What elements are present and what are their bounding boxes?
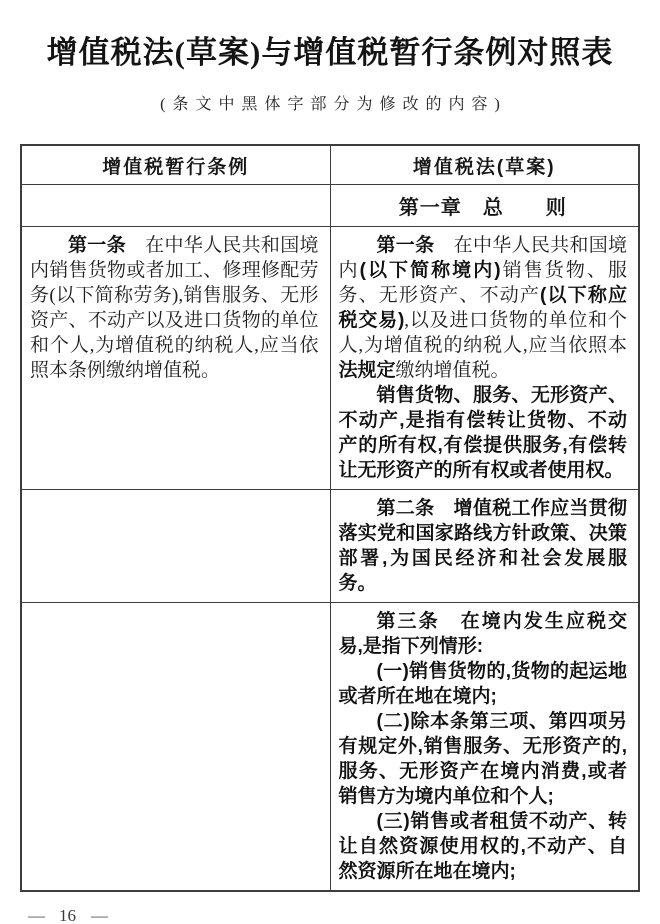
paragraph: 第一条 在中华人民共和国境内销售货物或者加工、修理修配劳务(以下简称劳务),销售…: [30, 233, 319, 383]
paragraph: (一)销售货物的,货物的起运地或者所在地在境内;: [339, 659, 628, 709]
page-number-dash-left: —: [28, 906, 44, 924]
draft-article-3-cell: 第三条 在境内发生应税交易,是指下列情形:(一)销售货物的,货物的起运地或者所在…: [330, 603, 639, 892]
paragraph: (三)销售或者租赁不动产、转让自然资源使用权的,不动产、自然资源所在地在境内;: [339, 809, 628, 884]
paragraph: 销售货物、服务、无形资产、不动产,是指有偿转让货物、不动产的所有权,有偿提供服务…: [339, 383, 628, 483]
modified-text-segment: (一)销售货物的,货物的起运地或者所在地在境内;: [339, 661, 628, 707]
page-number: — 16 —: [28, 906, 660, 924]
article-2-row: 第二条 增值税工作应当贯彻落实党和国家路线方针政策、决策部署,为国民经济和社会发…: [21, 490, 639, 603]
modified-text-segment: (二)除本条第三项、第四项另有规定外,销售服务、无形资产的,服务、无形资产在境内…: [339, 711, 628, 807]
regulation-article-1-cell: 第一条 在中华人民共和国境内销售货物或者加工、修理修配劳务(以下简称劳务),销售…: [21, 227, 330, 490]
paragraph: 第三条 在境内发生应税交易,是指下列情形:: [339, 609, 628, 659]
column-header-draft: 增值税法(草案): [330, 145, 639, 185]
page-title: 增值税法(草案)与增值税暂行条例对照表: [0, 0, 660, 73]
modified-text-segment: 第一条: [68, 235, 126, 256]
draft-article-1-cell: 第一条 在中华人民共和国境内(以下简称境内)销售货物、服务、无形资产、不动产(以…: [330, 227, 639, 490]
modified-text-segment: (三)销售或者租赁不动产、转让自然资源使用权的,不动产、自然资源所在地在境内;: [339, 811, 628, 882]
page-number-value: 16: [59, 906, 76, 924]
chapter-heading: 第一章 总 则: [330, 185, 639, 227]
table-header-row: 增值税暂行条例 增值税法(草案): [21, 145, 639, 185]
empty-cell: [21, 185, 330, 227]
chapter-row: 第一章 总 则: [21, 185, 639, 227]
paragraph: 第一条 在中华人民共和国境内(以下简称境内)销售货物、服务、无形资产、不动产(以…: [339, 233, 628, 383]
page-subtitle: (条文中黑体字部分为修改的内容): [0, 91, 660, 114]
modified-text-segment: 法规定: [339, 360, 396, 381]
page-number-dash-right: —: [91, 906, 107, 924]
article-3-row: 第三条 在境内发生应税交易,是指下列情形:(一)销售货物的,货物的起运地或者所在…: [21, 603, 639, 892]
paragraph: 第二条 增值税工作应当贯彻落实党和国家路线方针政策、决策部署,为国民经济和社会发…: [339, 496, 628, 596]
modified-text-segment: (以下简称境内): [360, 260, 501, 281]
text-segment: 缴纳增值税。: [396, 360, 510, 381]
comparison-table: 增值税暂行条例 增值税法(草案) 第一章 总 则 第一条 在中华人民共和国境内销…: [20, 144, 640, 893]
empty-cell: [21, 603, 330, 892]
paragraph: (二)除本条第三项、第四项另有规定外,销售服务、无形资产的,服务、无形资产在境内…: [339, 709, 628, 809]
document-page: 增值税法(草案)与增值税暂行条例对照表 (条文中黑体字部分为修改的内容) 增值税…: [0, 0, 660, 924]
draft-article-2-cell: 第二条 增值税工作应当贯彻落实党和国家路线方针政策、决策部署,为国民经济和社会发…: [330, 490, 639, 603]
article-1-row: 第一条 在中华人民共和国境内销售货物或者加工、修理修配劳务(以下简称劳务),销售…: [21, 227, 639, 490]
modified-text-segment: 第一条: [377, 235, 435, 256]
modified-text-segment: 第二条: [377, 498, 435, 519]
modified-text-segment: 第三条: [377, 611, 440, 632]
empty-cell: [21, 490, 330, 603]
column-header-regulation: 增值税暂行条例: [21, 145, 330, 185]
text-segment: 在中华人民共和国境内销售货物或者加工、修理修配劳务(以下简称劳务),销售服务、无…: [30, 235, 319, 381]
modified-text-segment: 销售货物、服务、无形资产、不动产,是指有偿转让货物、不动产的所有权,有偿提供服务…: [339, 385, 628, 481]
